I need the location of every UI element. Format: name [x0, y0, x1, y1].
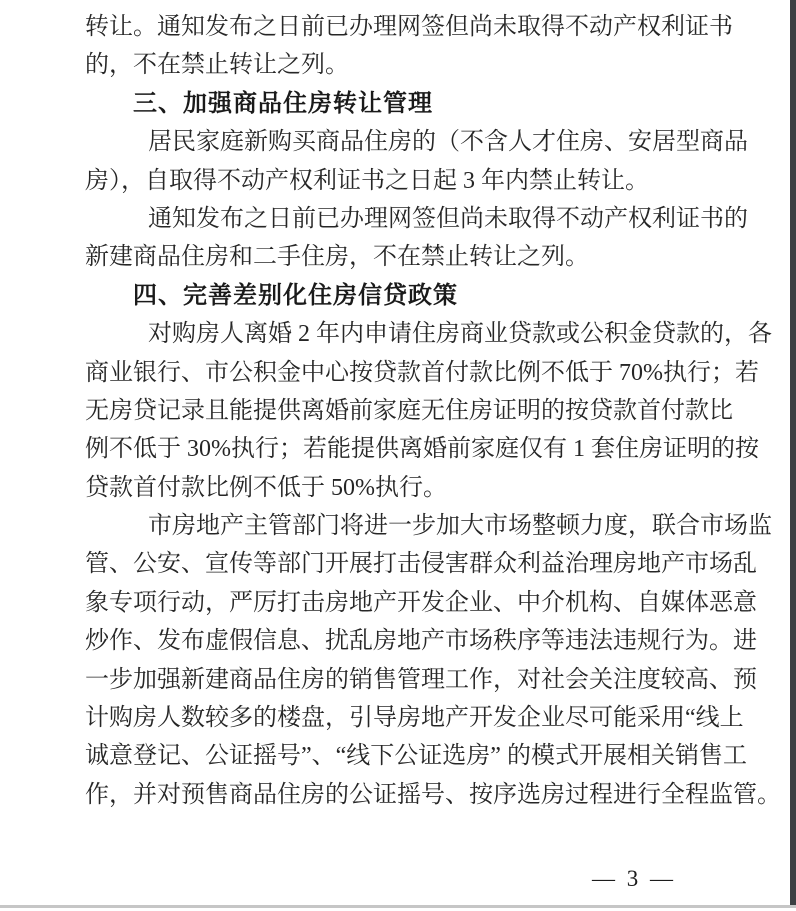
text-line: 炒作、发布虚假信息、扰乱房地产市场秩序等违法违规行为。进 [85, 622, 760, 660]
text-line: 的，不在禁止转让之列。 [85, 46, 760, 84]
text-line: 象专项行动，严厉打击房地产开发企业、中介机构、自媒体恶意 [85, 584, 760, 622]
text-line: 新建商品住房和二手住房，不在禁止转让之列。 [85, 238, 760, 276]
text-line: 转让。通知发布之日前已办理网签但尚未取得不动产权利证书 [85, 8, 760, 46]
section-heading: 四、完善差别化住房信贷政策 [85, 277, 760, 315]
text-line: 市房地产主管部门将进一步加大市场整顿力度，联合市场监 [85, 507, 760, 545]
text-line: 无房贷记录且能提供离婚前家庭无住房证明的按贷款首付款比 [85, 392, 760, 430]
text-line: 居民家庭新购买商品住房的（不含人才住房、安居型商品 [85, 123, 760, 161]
text-line: 一步加强新建商品住房的销售管理工作，对社会关注度较高、预 [85, 661, 760, 699]
text-line: 通知发布之日前已办理网签但尚未取得不动产权利证书的 [85, 200, 760, 238]
text-line: 计购房人数较多的楼盘，引导房地产开发企业尽可能采用“线上 [85, 699, 760, 737]
text-line: 对购房人离婚 2 年内申请住房商业贷款或公积金贷款的，各 [85, 315, 760, 353]
scan-bottom-line [0, 905, 796, 908]
text-line: 例不低于 30%执行；若能提供离婚前家庭仅有 1 套住房证明的按 [85, 430, 760, 468]
text-line: 诚意登记、公证摇号”、“线下公证选房” 的模式开展相关销售工 [85, 737, 760, 775]
text-line: 贷款首付款比例不低于 50%执行。 [85, 469, 760, 507]
text-line: 房），自取得不动产权利证书之日起 3 年内禁止转让。 [85, 162, 760, 200]
text-line: 管、公安、宣传等部门开展打击侵害群众利益治理房地产市场乱 [85, 545, 760, 583]
scan-edge-bar [790, 0, 796, 905]
text-line: 作，并对预售商品住房的公证摇号、按序选房过程进行全程监管。 [85, 776, 760, 814]
section-heading: 三、加强商品住房转让管理 [85, 85, 760, 123]
page-number: — 3 — [592, 866, 674, 892]
document-page: 转让。通知发布之日前已办理网签但尚未取得不动产权利证书 的，不在禁止转让之列。 … [0, 0, 796, 911]
document-body: 转让。通知发布之日前已办理网签但尚未取得不动产权利证书 的，不在禁止转让之列。 … [85, 8, 760, 814]
text-line: 商业银行、市公积金中心按贷款首付款比例不低于 70%执行；若 [85, 354, 760, 392]
